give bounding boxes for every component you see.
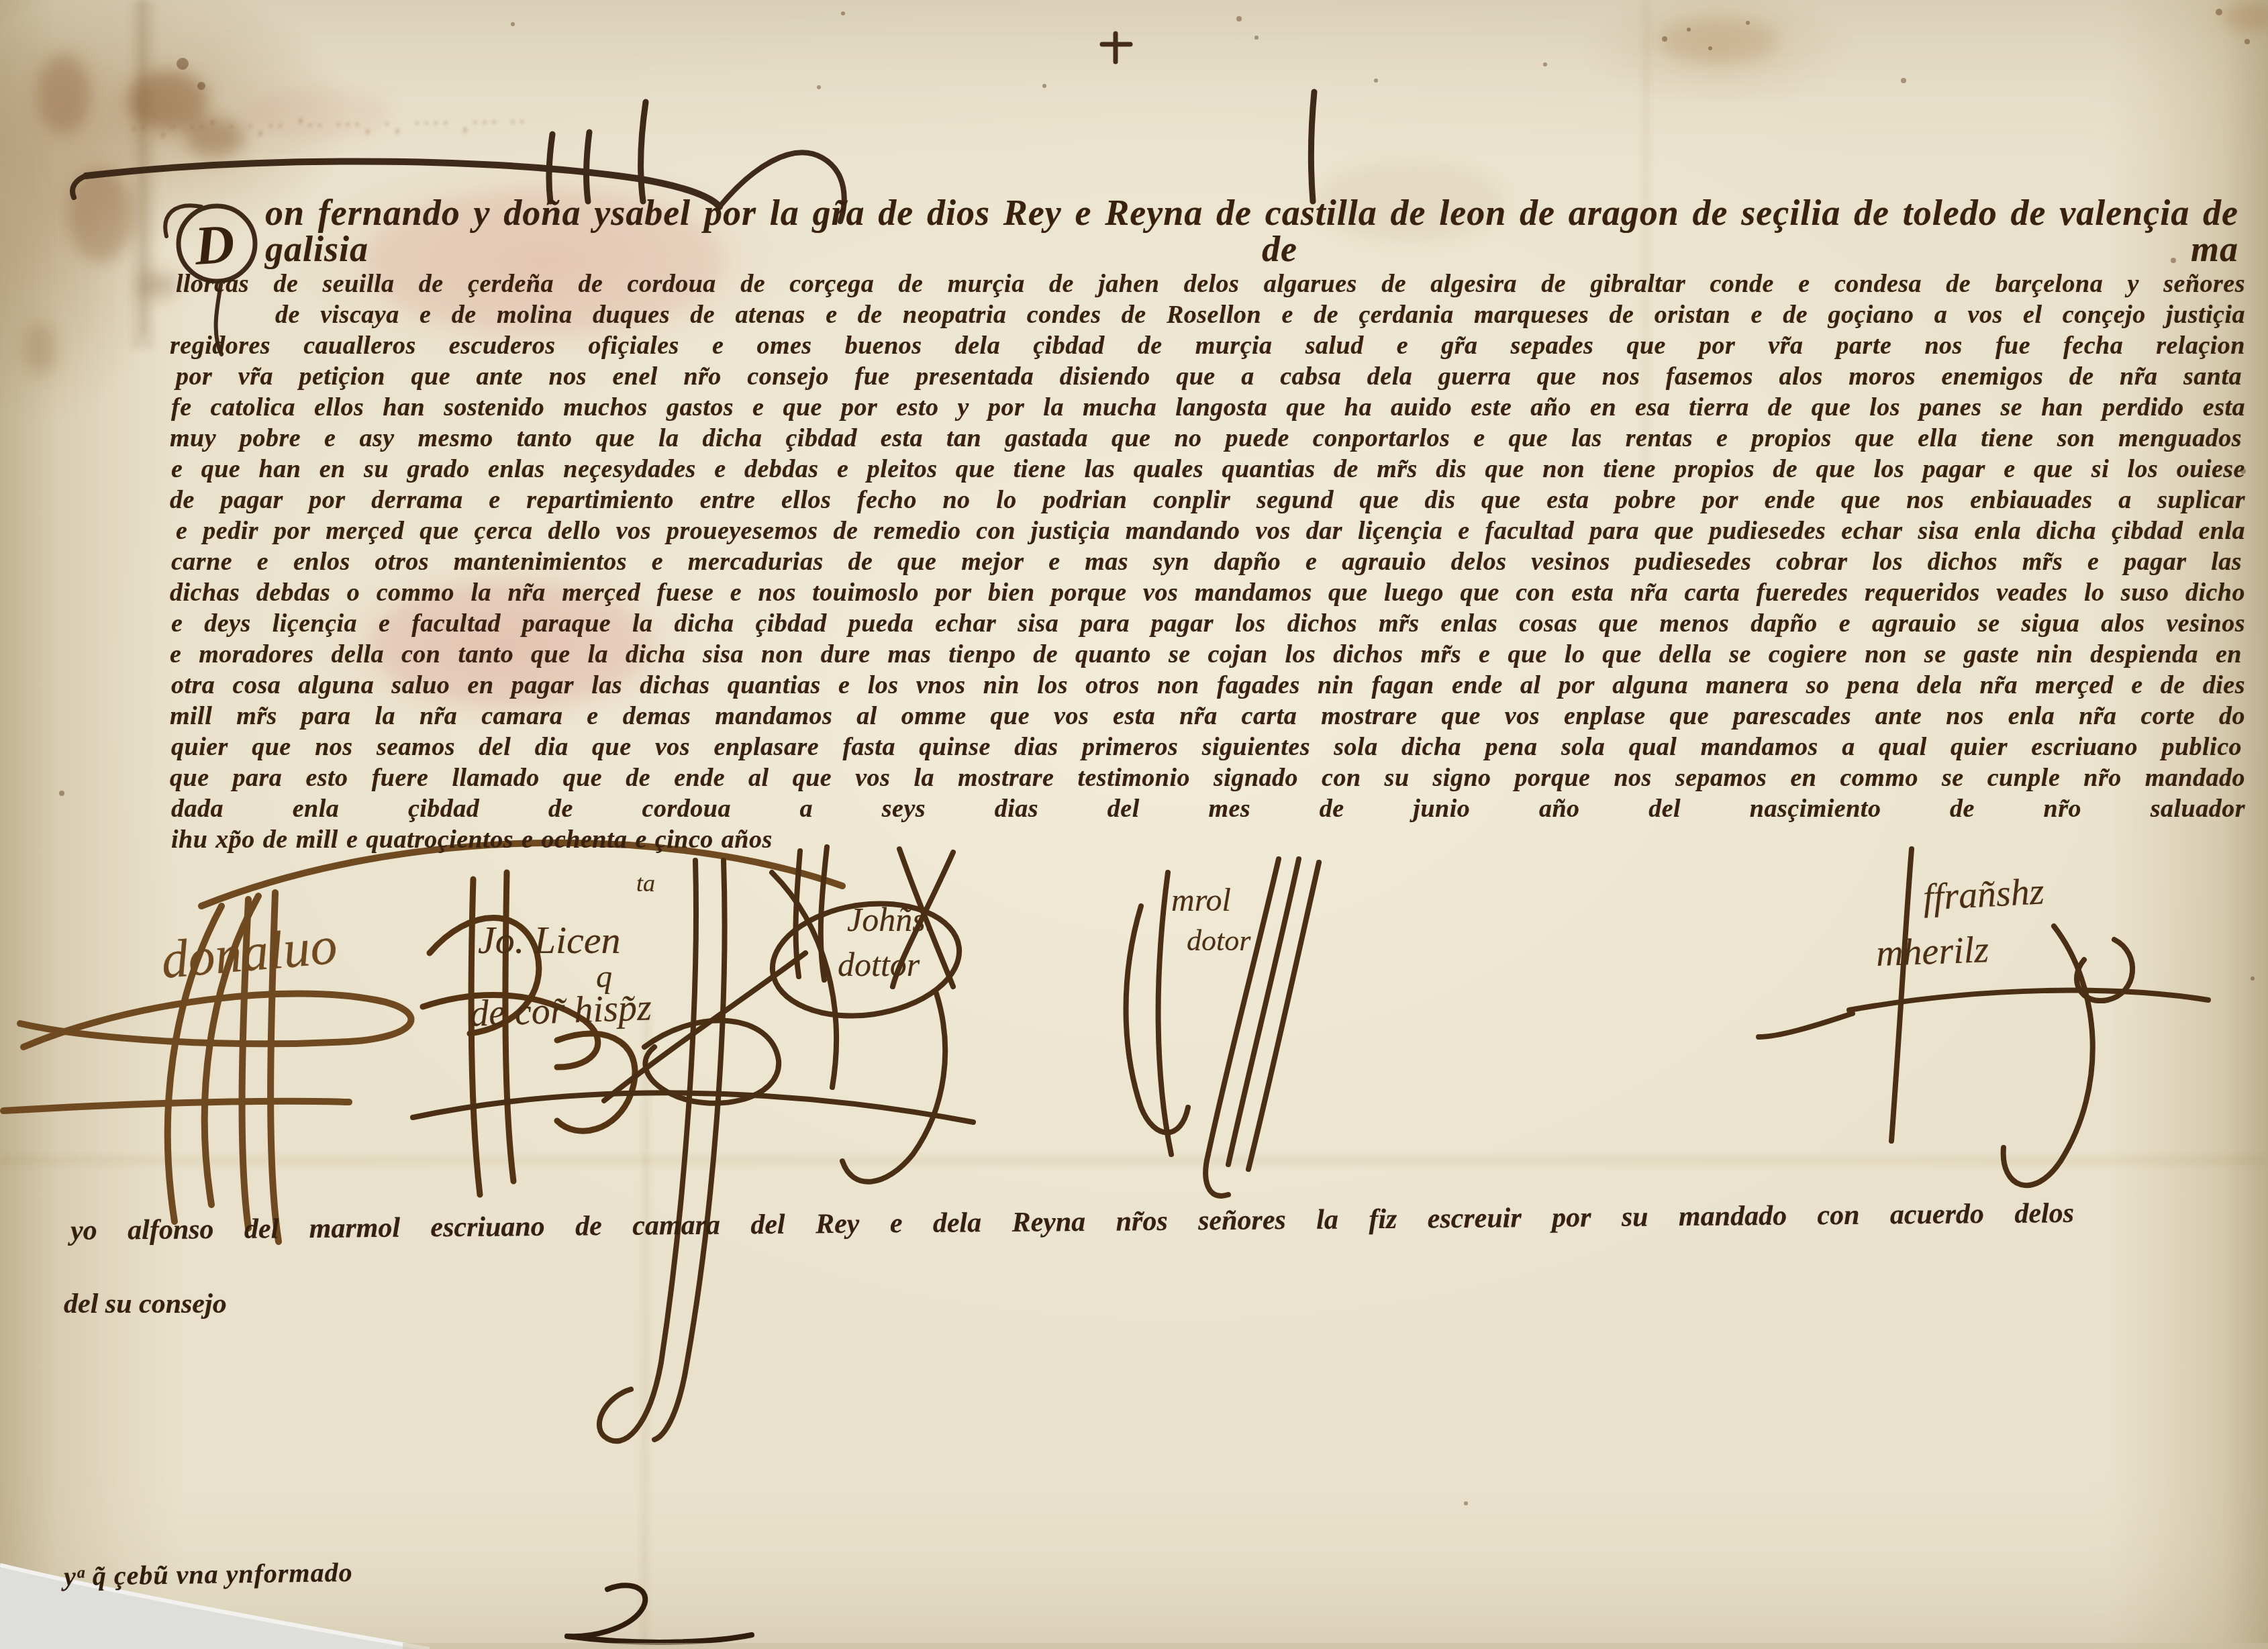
manuscript-line: ihu xp̃o de mill e quatroçientos e ochen… <box>171 827 909 852</box>
bottom-edge-shade <box>403 1643 2268 1649</box>
manuscript-line: e pedir por merçed que çerca dello vos p… <box>176 518 2245 544</box>
manuscript-line: e que han en su grado enlas neçesydades … <box>171 456 2245 482</box>
signature-johannes-doctor-flourish <box>765 847 967 1182</box>
manuscript-line: e moradores della con tanto que la dicha… <box>170 642 2242 667</box>
manuscript-line: de viscaya e de molina duques de atenas … <box>275 302 2245 328</box>
manuscript-line: quier que nos seamos del dia que vos enp… <box>171 734 2242 760</box>
manuscript-line: por vr̃a petiçion que ante nos enel nr̃o… <box>176 364 2242 389</box>
signature-doctor-rubric: mrol <box>1171 885 1231 917</box>
signature-right: ffrañshz <box>1922 872 2045 916</box>
manuscript-line: mill mr̃s para la nr̃a camara e demas ma… <box>170 703 2245 729</box>
manuscript-line: dada enla çibdad de cordoua a seys dias … <box>171 796 2245 821</box>
cross-mark-strokes <box>1102 34 1130 62</box>
manuscript-line: otra cosa alguna saluo en pagar las dich… <box>171 672 2245 698</box>
opening-initial: D <box>193 212 237 278</box>
manuscript-line: muy pobre e asy mesmo tanto que la dicha… <box>170 426 2242 451</box>
signature-jo-licenciatus-title: de cor̃ hisp̃z <box>469 989 652 1032</box>
signature-jo-licenciatus-superscript: ta <box>636 871 655 895</box>
manuscript-line: carne e enlos otros mantenimientos e mer… <box>171 549 2242 574</box>
signature-johannes-title: dottor <box>838 948 920 981</box>
signature-johannes: Johñs. <box>847 903 934 936</box>
manuscript-line: regidores caualleros escuderos ofiçiales… <box>170 333 2245 358</box>
signature-don-alvaro: donaluo <box>159 919 339 988</box>
manuscript-scan: ·· ‚· ··‛ · ·‚·· ‛·· ···‚ ·‚ ···· ‚··· ·… <box>0 0 2268 1649</box>
signature-don-alvaro-flourish <box>3 843 842 1242</box>
manuscript-line: llorcas de seuilla de çerdeña de cordoua… <box>176 271 2245 297</box>
bottom-register-note: yᵃ q̃ çebũ vna ynformado <box>64 1556 353 1592</box>
bottom-note-flourish <box>567 1585 752 1642</box>
manuscript-line: que para esto fuere llamado que de ende … <box>170 765 2245 791</box>
manuscript-line: on fernando y doña ysabel por la gr̃a de… <box>265 195 2238 267</box>
secretary-line-2: del su consejo <box>64 1290 227 1318</box>
signature-right-title: mherilz <box>1875 931 1989 972</box>
manuscript-line: e deys liçençia e facultad paraque la di… <box>171 611 2245 636</box>
signature-doctor-rubric-title: dotor <box>1187 926 1250 956</box>
manuscript-line: dichas debdas o commo la nr̃a merçed fue… <box>170 580 2245 605</box>
manuscript-line: de pagar por derrama e repartimiento ent… <box>170 487 2245 513</box>
signature-jo-licenciatus: Jo. Licen <box>478 921 621 960</box>
manuscript-line: fe catolica ellos han sostenido muchos g… <box>171 395 2245 420</box>
